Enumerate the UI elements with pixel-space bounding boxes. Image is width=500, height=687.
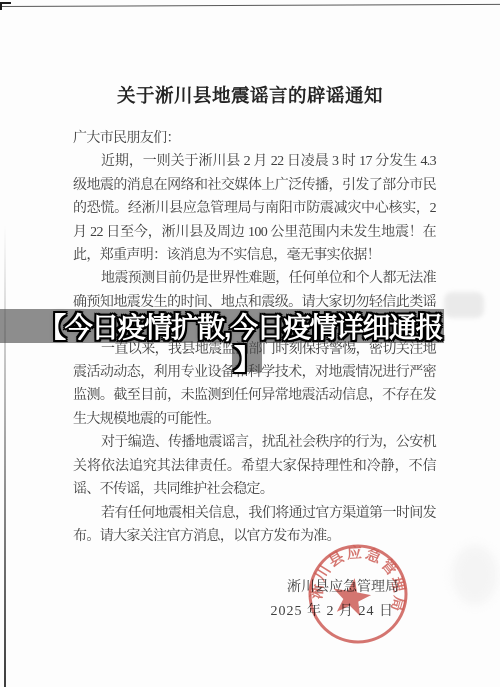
photo-smudge [444, 292, 484, 318]
salutation: 广大市民朋友们： [73, 127, 436, 150]
paper-left-edge-line [4, 225, 6, 687]
star-icon [330, 575, 374, 617]
paragraph: 对于编造、传播地震谣言，扰乱社会秩序的行为，公安机关将依法追究其法律责任。希望大… [73, 431, 436, 501]
paragraph: 近期，一则关于淅川县 2 月 22 日凌晨 3 时 17 分发生 4.3 级地震… [73, 150, 436, 267]
caption-bracket-block: 】 [232, 343, 262, 372]
photo-smudge [452, 545, 498, 605]
caption-line2: 】 [234, 338, 261, 378]
official-seal-stamp: 淅川县应急管理局 [306, 542, 410, 646]
document-photo: 关于淅川县地震谣言的辟谣通知 广大市民朋友们： 近期，一则关于淅川县 2 月 2… [0, 0, 500, 687]
video-caption-band: 【今日疫情扩散,今日疫情详细通报 [0, 309, 444, 343]
paper-top-edge-line [0, 4, 500, 8]
page-title: 关于淅川县地震谣言的辟谣通知 [0, 82, 500, 108]
paper-corner-mark [0, 2, 11, 10]
